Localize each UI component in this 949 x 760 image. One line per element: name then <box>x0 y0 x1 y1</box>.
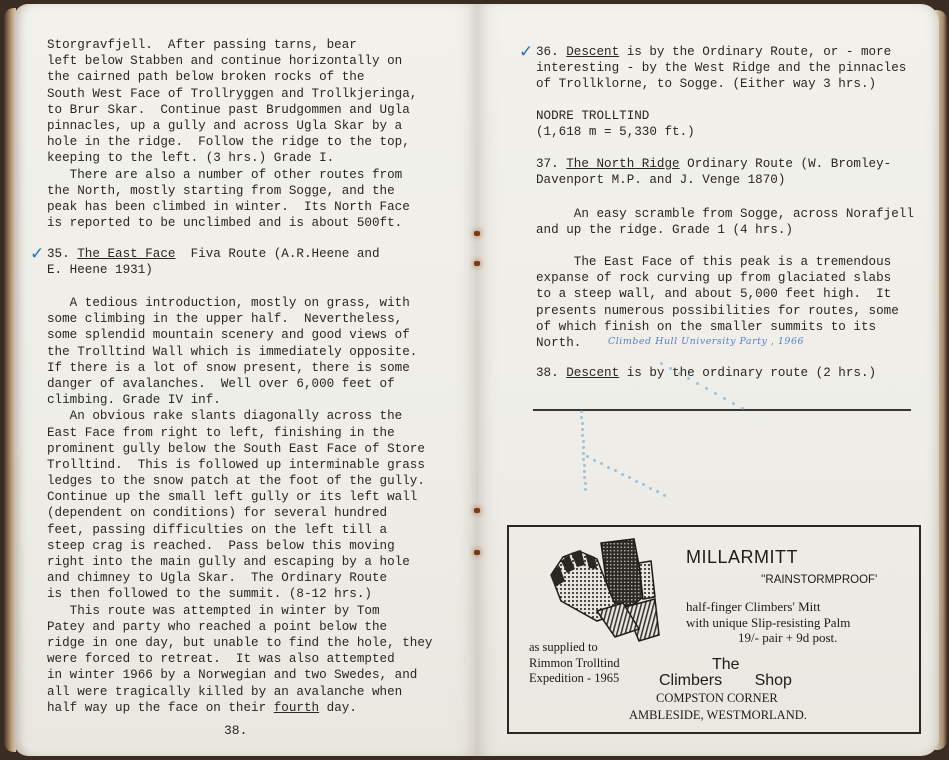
description-line: half-finger Climbers' Mitt <box>686 599 850 615</box>
staple <box>474 231 480 236</box>
staple <box>474 261 480 266</box>
pen-mark <box>669 367 672 370</box>
pen-mark <box>586 455 589 458</box>
text-line: East Face from right to left, finishing … <box>47 425 432 441</box>
pen-mark <box>583 464 586 467</box>
staple <box>474 508 480 513</box>
brand-tagline: ''RAINSTORMPROOF' <box>761 574 877 586</box>
product-price: 19/- pair + 9d post. <box>686 630 850 646</box>
pen-mark <box>607 466 610 469</box>
supplied-to-note: as supplied to Rimmon Trolltind Expediti… <box>529 640 620 687</box>
pen-mark <box>621 473 624 476</box>
text: is by the Ordinary Route, or - more <box>619 45 891 59</box>
text-line: steep crag is reached. Pass below this m… <box>47 538 432 554</box>
text-line: Patey and party who reached a point belo… <box>47 619 432 635</box>
open-booklet: Storgravfjell. After passing tarns, bear… <box>0 0 949 760</box>
pen-mark <box>581 428 584 431</box>
pen-mark <box>593 459 596 462</box>
pen-mark <box>635 480 638 483</box>
text-line: feet, passing difficulties on the left t… <box>47 522 432 538</box>
route-37-line1: 37. The North Ridge Ordinary Route (W. B… <box>536 156 891 172</box>
text-line: climbing. Grade IV inf. <box>47 392 432 408</box>
route-36-line1: 36. Descent is by the Ordinary Route, or… <box>536 44 891 60</box>
text-line: peak has been climbed in winter. Its Nor… <box>47 199 417 215</box>
route-37-line2: Davenport M.P. and J. Venge 1870) <box>536 172 785 188</box>
text-line: ledges to the snow patch at the foot of … <box>47 473 432 489</box>
pen-mark <box>723 397 726 400</box>
text: half way up the face on their <box>47 701 274 715</box>
route-heading-rest: Fiva Route (A.R.Heene and <box>175 247 379 261</box>
text-line: in winter 1966 by a Norwegian and two Sw… <box>47 667 432 683</box>
text-line: keeping to the left. (3 hrs.) Grade I. <box>47 150 417 166</box>
section-divider <box>533 409 911 411</box>
gloves-illustration-icon <box>539 535 679 645</box>
route-title: The East Face <box>77 247 175 261</box>
text-line: If there is a lot of snow present, there… <box>47 360 432 376</box>
text-line: (dependent on conditions) for several hu… <box>47 505 432 521</box>
route-number: 35. <box>47 247 77 261</box>
pen-mark <box>678 372 681 375</box>
pen-mark <box>696 382 699 385</box>
route-36-line3: of Trollklorne, to Sogge. (Either way 3 … <box>536 76 876 92</box>
pen-mark <box>660 362 663 365</box>
handwritten-note: Climbed Hull University Party , 1966 <box>608 336 804 347</box>
pen-mark <box>687 377 690 380</box>
text-line: Continue up the small left gully or its … <box>47 489 432 505</box>
peak-height: (1,618 m = 5,330 ft.) <box>536 124 695 140</box>
route-36-line2: interesting - by the West Ridge and the … <box>536 60 906 76</box>
pen-mark <box>580 410 583 413</box>
shop-name: Climbers Shop <box>659 672 792 690</box>
text-line: A tedious introduction, mostly on grass,… <box>47 295 432 311</box>
text-line: to Brur Skar. Continue past Brudgommen a… <box>47 102 417 118</box>
text-line: right into the main gully and escaping b… <box>47 554 432 570</box>
product-description: half-finger Climbers' Mitt with unique S… <box>686 599 850 646</box>
supplied-line: as supplied to <box>529 640 620 656</box>
pen-mark <box>614 469 617 472</box>
text: is by the ordinary route (2 hrs.) <box>619 366 876 380</box>
pen-mark <box>732 402 735 405</box>
text-line: pinnacles, up a gully and across Ugla Sk… <box>47 118 417 134</box>
pen-mark <box>714 392 717 395</box>
advertisement-box: MILLARMITT ''RAINSTORMPROOF' half-finger… <box>507 525 921 734</box>
route-37-para2: The East Face of this peak is a tremendo… <box>536 254 899 335</box>
brand-name: MILLARMITT <box>686 547 798 568</box>
pen-mark <box>656 490 659 493</box>
route-38-line: 38. Descent is by the ordinary route (2 … <box>536 365 876 381</box>
route-35-last-line: half way up the face on their fourth day… <box>47 700 357 716</box>
pen-mark <box>583 470 586 473</box>
checkmark-icon: ✓ <box>519 42 533 62</box>
text-line: An obvious rake slants diagonally across… <box>47 408 432 424</box>
text: Ordinary Route (W. Bromley- <box>680 157 892 171</box>
intro-text: Storgravfjell. After passing tarns, bear… <box>47 37 417 231</box>
supplied-line: Expedition - 1965 <box>529 671 620 687</box>
pen-mark <box>649 487 652 490</box>
pen-mark <box>600 462 603 465</box>
text-line: were forced to retreat. It was also atte… <box>47 651 432 667</box>
pen-mark <box>642 483 645 486</box>
text-line: some climbing in the upper half. Neverth… <box>47 311 432 327</box>
route-35-heading: 35. The East Face Fiva Route (A.R.Heene … <box>47 246 380 262</box>
text-line: There are also a number of other routes … <box>47 167 417 183</box>
text-line: is reported to be unclimbed and is about… <box>47 215 417 231</box>
route-number: 37. <box>536 157 566 171</box>
text-line: left below Stabben and continue horizont… <box>47 53 417 69</box>
shop-address-line2: AMBLESIDE, WESTMORLAND. <box>629 708 807 723</box>
route-37-para1-line2: and up the ridge. Grade 1 (4 hrs.) <box>536 222 793 238</box>
route-number: 36. <box>536 45 566 59</box>
pen-mark <box>582 440 585 443</box>
text-line: hole in the ridge. Follow the ridge to t… <box>47 134 417 150</box>
route-35-heading-line2: E. Heene 1931) <box>47 262 153 278</box>
checkmark-icon: ✓ <box>30 244 44 264</box>
description-line: with unique Slip-resisting Palm <box>686 615 850 631</box>
route-37-last-line: North. <box>536 335 581 351</box>
route-title: Descent <box>566 45 619 59</box>
underlined-word: fourth <box>274 701 319 715</box>
text-line: danger of avalanches. Well over 6,000 fe… <box>47 376 432 392</box>
text-line: to a steep wall, and about 5,000 feet hi… <box>536 286 899 302</box>
pen-mark <box>705 387 708 390</box>
text: day. <box>319 701 357 715</box>
text-line: Trolltind. This is followed up intermina… <box>47 457 432 473</box>
route-37-para1-line1: An easy scramble from Sogge, across Nora… <box>536 206 914 222</box>
supplied-line: Rimmon Trolltind <box>529 656 620 672</box>
text-line: This route was attempted in winter by To… <box>47 603 432 619</box>
text-line: of which finish on the smaller summits t… <box>536 319 899 335</box>
page-number: 38. <box>224 723 247 739</box>
text-line: presents numerous possibilities for rout… <box>536 303 899 319</box>
text-line: the Trolltind Wall which is immediately … <box>47 344 432 360</box>
text-line: the cairned path below broken rocks of t… <box>47 69 417 85</box>
text-line: The East Face of this peak is a tremendo… <box>536 254 899 270</box>
text-line: the North, mostly starting from Sogge, a… <box>47 183 417 199</box>
pen-mark <box>628 476 631 479</box>
text-line: and chimney to Ugla Skar. The Ordinary R… <box>47 570 432 586</box>
route-title: The North Ridge <box>566 157 679 171</box>
pen-mark <box>584 488 587 491</box>
text-line: all were tragically killed by an avalanc… <box>47 684 432 700</box>
pen-mark <box>741 407 744 410</box>
pen-mark <box>581 422 584 425</box>
text-line: Storgravfjell. After passing tarns, bear <box>47 37 417 53</box>
route-title: Descent <box>566 366 619 380</box>
text-line: is then followed to the summit. (8-12 hr… <box>47 586 432 602</box>
text-line: some splendid mountain scenery and good … <box>47 327 432 343</box>
staple <box>474 550 480 555</box>
route-number: 38. <box>536 366 566 380</box>
route-35-body: A tedious introduction, mostly on grass,… <box>47 295 432 700</box>
pen-mark <box>584 482 587 485</box>
text-line: South West Face of Trollryggen and Troll… <box>47 86 417 102</box>
text-line: prominent gully below the South East Fac… <box>47 441 432 457</box>
pen-mark <box>582 446 585 449</box>
pen-mark <box>663 494 666 497</box>
text-line: expanse of rock curving up from glaciate… <box>536 270 899 286</box>
text-line: ridge in one day, but unable to find the… <box>47 635 432 651</box>
shop-address-line1: COMPSTON CORNER <box>656 691 778 706</box>
peak-name: NODRE TROLLTIND <box>536 108 649 124</box>
